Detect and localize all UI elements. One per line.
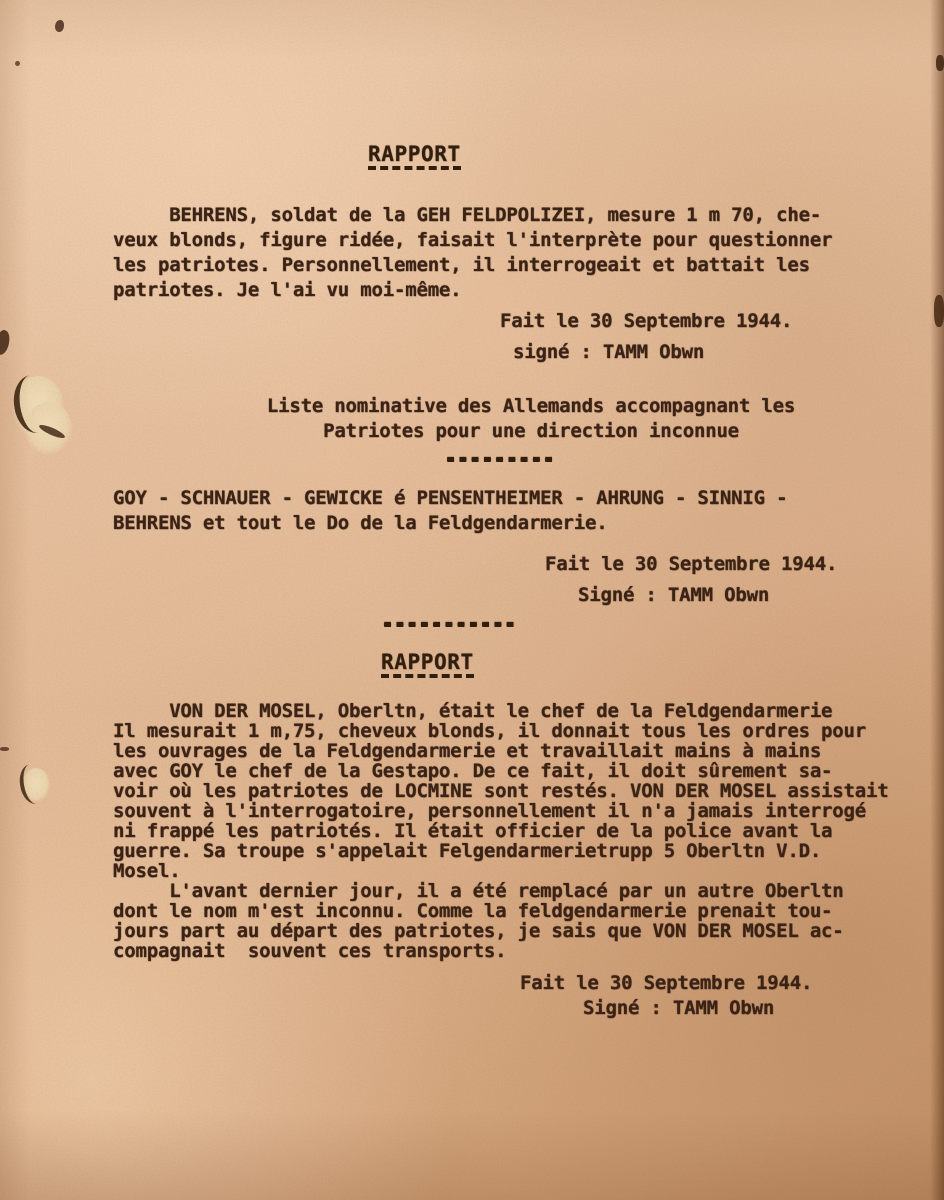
report-title-1: RAPPORT xyxy=(368,143,461,170)
names-list: GOY - SCHNAUER - GEWICKE é PENSENTHEIMER… xyxy=(113,486,787,536)
report-1-paragraph: BEHRENS, soldat de la GEH FELDPOLIZEI, m… xyxy=(113,203,832,303)
list-heading: Liste nominative des Allemands accompagn… xyxy=(257,394,805,444)
report-1-date: Fait le 30 Septembre 1944. xyxy=(500,309,792,334)
edge-tear-mark xyxy=(0,329,12,356)
report-1-signature: signé : TAMM Obwn xyxy=(513,340,704,365)
ink-speck-1 xyxy=(55,20,64,32)
dash-separator-1: --------- xyxy=(444,447,554,472)
punch-hole-mark-rim xyxy=(17,762,50,806)
list-date: Fait le 30 Septembre 1944. xyxy=(545,552,837,577)
edge-dash-mark xyxy=(0,747,9,751)
ink-speck-2 xyxy=(15,61,20,66)
report-title-2: RAPPORT xyxy=(381,651,474,678)
report-2-signature: Signé : TAMM Obwn xyxy=(583,996,774,1021)
paper-grain-texture xyxy=(0,0,944,1200)
dash-separator-2: ----------- xyxy=(381,612,516,637)
document-page: RAPPORT BEHRENS, soldat de la GEH FELDPO… xyxy=(0,0,944,1200)
edge-nick-2 xyxy=(934,295,944,327)
edge-nick-1 xyxy=(936,55,944,71)
report-2-date: Fait le 30 Septembre 1944. xyxy=(520,971,812,996)
list-signature: Signé : TAMM Obwn xyxy=(578,583,769,608)
report-2-paragraph: VON DER MOSEL, Oberltn, était le chef de… xyxy=(113,701,889,961)
vignette-overlay xyxy=(0,0,944,1200)
